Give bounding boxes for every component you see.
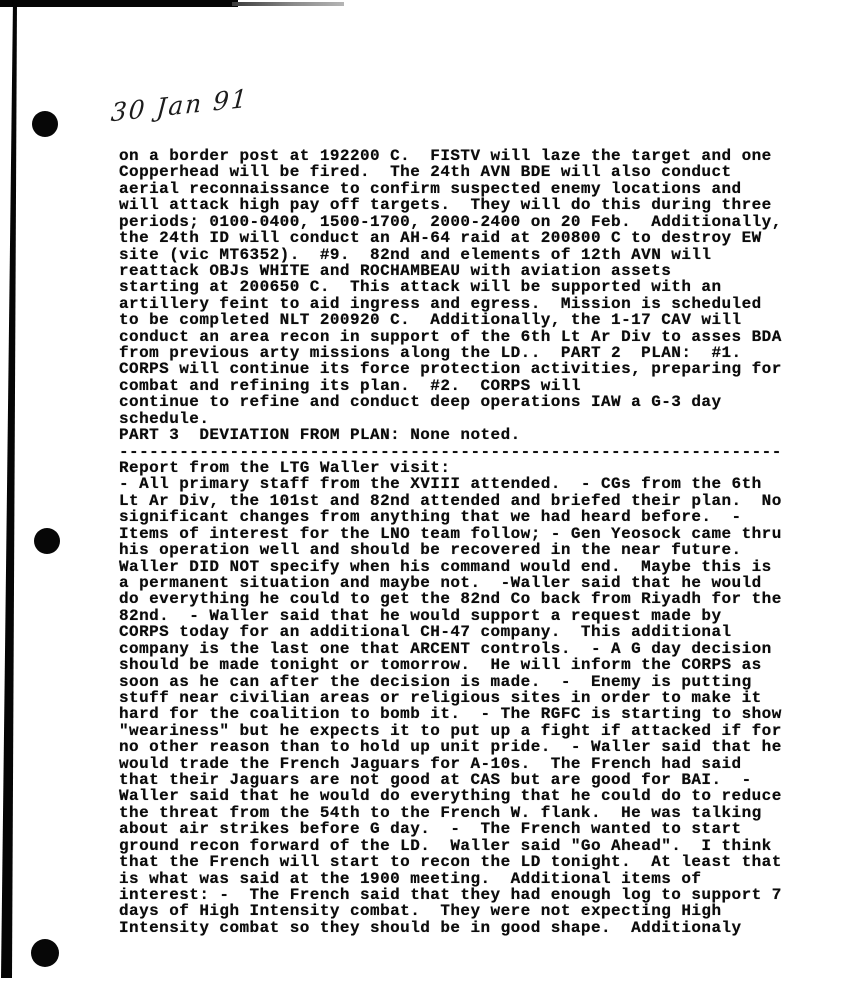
typed-report-text: on a border post at 192200 C. FISTV will… bbox=[119, 148, 782, 936]
punch-hole-bottom bbox=[31, 939, 59, 967]
scan-edge-top-fade bbox=[232, 2, 344, 6]
handwritten-date: 30 Jan 91 bbox=[110, 84, 250, 128]
scanned-page: 30 Jan 91 on a border post at 192200 C. … bbox=[0, 0, 850, 994]
scan-edge-left bbox=[0, 0, 20, 980]
punch-hole-top bbox=[32, 111, 58, 137]
punch-hole-middle bbox=[34, 528, 60, 554]
scan-edge-top-dark bbox=[0, 0, 238, 7]
